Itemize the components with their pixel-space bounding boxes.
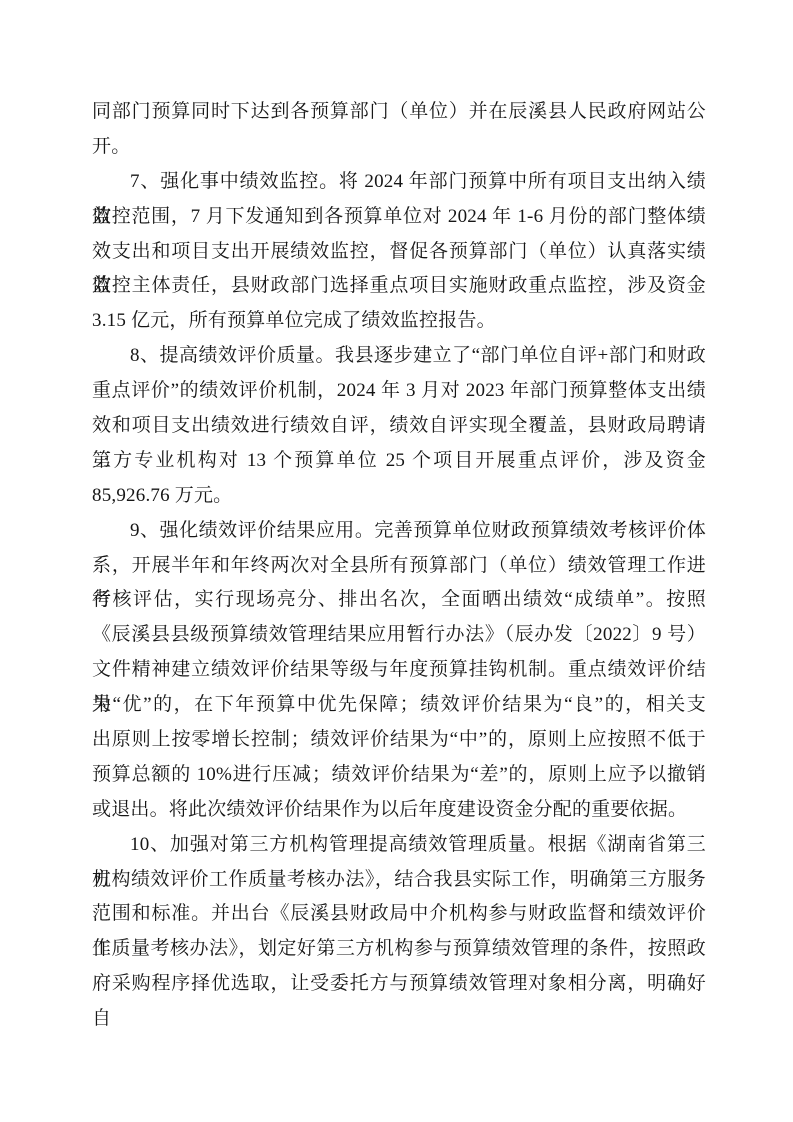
text-line: 或退出。将此次绩效评价结果作为以后年度建设资金分配的重要依据。 [92, 793, 706, 828]
text-line: 重点评价”的绩效评价机制，2024 年 3 月对 2023 年部门预算整体支出绩 [92, 374, 706, 409]
text-line: 10、加强对第三方机构管理提高绩效管理质量。根据《湖南省第三方 [92, 828, 706, 863]
text-line: 开。 [92, 130, 706, 165]
text-line: 出原则上按零增长控制；绩效评价结果为“中”的，原则上应按照不低于 [92, 723, 706, 758]
text-line: 府采购程序择优选取，让受委托方与预算绩效管理对象相分离，明确好自 [92, 967, 706, 1002]
text-line: 监控主体责任，县财政部门选择重点项目实施财政重点监控，涉及资金 [92, 269, 706, 304]
text-line: 效和项目支出绩效进行绩效自评，绩效自评实现全覆盖，县财政局聘请第 [92, 409, 706, 444]
text-line: 3.15 亿元，所有预算单位完成了绩效监控报告。 [92, 304, 706, 339]
text-line: 85,926.76 万元。 [92, 479, 706, 514]
text-line: 机构绩效评价工作质量考核办法》，结合我县实际工作，明确第三方服务 [92, 863, 706, 898]
text-line: 范围和标准。并出台《辰溪县财政局中介机构参与财政监督和绩效评价工 [92, 897, 706, 932]
text-line: 8、提高绩效评价质量。我县逐步建立了“部门单位自评+部门和财政 [92, 339, 706, 374]
text-line: 预算总额的 10%进行压减；绩效评价结果为“差”的，原则上应予以撤销 [92, 758, 706, 793]
text-line: 文件精神建立绩效评价结果等级与年度预算挂钩机制。重点绩效评价结果 [92, 653, 706, 688]
text-line: 9、强化绩效评价结果应用。完善预算单位财政预算绩效考核评价体 [92, 514, 706, 549]
text-line: 同部门预算同时下达到各预算部门（单位）并在辰溪县人民政府网站公 [92, 95, 706, 130]
text-line: 《辰溪县县级预算绩效管理结果应用暂行办法》（辰办发〔2022〕9 号） [92, 618, 706, 653]
text-line: 考核评估，实行现场亮分、排出名次，全面晒出绩效“成绩单”。按照 [92, 583, 706, 618]
paragraph-item-7: 7、强化事中绩效监控。将 2024 年部门预算中所有项目支出纳入绩效 监控范围，… [92, 165, 706, 339]
text-line: 7、强化事中绩效监控。将 2024 年部门预算中所有项目支出纳入绩效 [92, 165, 706, 200]
text-line: 作质量考核办法》，划定好第三方机构参与预算绩效管理的条件，按照政 [92, 932, 706, 967]
paragraph-continuation: 同部门预算同时下达到各预算部门（单位）并在辰溪县人民政府网站公 开。 [92, 95, 706, 165]
paragraph-item-10: 10、加强对第三方机构管理提高绩效管理质量。根据《湖南省第三方 机构绩效评价工作… [92, 828, 706, 1002]
text-line: 效支出和项目支出开展绩效监控，督促各预算部门（单位）认真落实绩效 [92, 235, 706, 270]
document-page: 同部门预算同时下达到各预算部门（单位）并在辰溪县人民政府网站公 开。 7、强化事… [0, 0, 793, 1122]
paragraph-item-9: 9、强化绩效评价结果应用。完善预算单位财政预算绩效考核评价体 系，开展半年和年终… [92, 514, 706, 828]
text-line: 为“优”的，在下年预算中优先保障；绩效评价结果为“良”的，相关支 [92, 688, 706, 723]
text-line: 三方专业机构对 13 个预算单位 25 个项目开展重点评价，涉及资金 [92, 444, 706, 479]
paragraph-item-8: 8、提高绩效评价质量。我县逐步建立了“部门单位自评+部门和财政 重点评价”的绩效… [92, 339, 706, 513]
text-line: 系，开展半年和年终两次对全县所有预算部门（单位）绩效管理工作进行 [92, 549, 706, 584]
text-line: 监控范围，7 月下发通知到各预算单位对 2024 年 1-6 月份的部门整体绩 [92, 200, 706, 235]
